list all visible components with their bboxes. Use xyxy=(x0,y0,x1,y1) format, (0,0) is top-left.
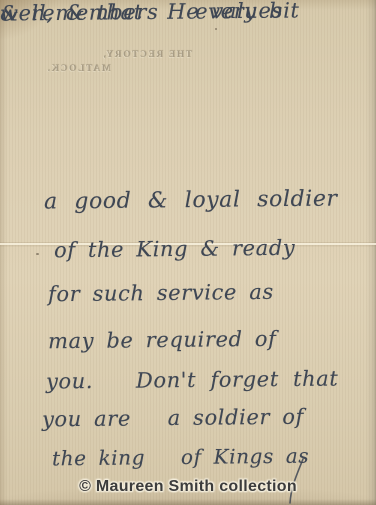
letterhead-line1: THE RECTORY, xyxy=(44,50,192,60)
copyright-caption: © Maureen Smith collection xyxy=(0,478,376,496)
handwritten-line-3: for such service as xyxy=(48,280,274,306)
handwritten-line-2: of the King & ready xyxy=(54,236,296,263)
paper-speck xyxy=(215,28,217,30)
paper-speck xyxy=(36,253,39,255)
handwritten-line-6: you are a soldier of xyxy=(42,405,304,432)
letter-scan-page: THE RECTORY, MATLOCK. a good & loyal sol… xyxy=(0,0,376,505)
handwritten-line-7: the king of Kings as xyxy=(52,444,309,471)
letterhead-line2: MATLOCK. xyxy=(44,64,192,74)
handwritten-line-1: a good & loyal soldier xyxy=(44,186,338,214)
handwritten-line-9: & remembers every bit xyxy=(0,0,300,26)
letterhead-showthrough: THE RECTORY, MATLOCK. xyxy=(44,50,192,74)
handwritten-line-4: may be required of xyxy=(48,327,277,353)
handwritten-line-5: you. Don't forget that xyxy=(46,366,339,393)
